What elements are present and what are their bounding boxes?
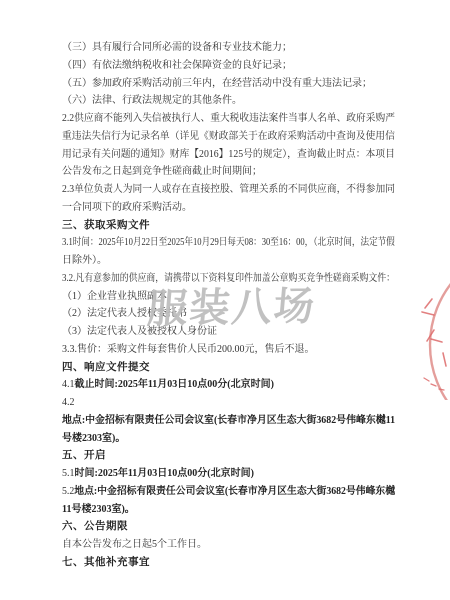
section-heading: 五、开启 (62, 447, 396, 465)
doc-line: （四）有依法缴纳税收和社会保障资金的良好记录； (62, 57, 396, 75)
doc-line: （三）具有履行合同所必需的设备和专业技术能力； (62, 39, 396, 57)
doc-line: 11号楼2303室)。 (62, 501, 396, 519)
doc-line: （1）企业营业执照副本 (62, 288, 396, 306)
doc-line: 3.3.售价：采购文件每套售价人民币200.00元，售后不退。 (62, 341, 396, 359)
doc-line: （2）法定代表人授权委托书 (62, 305, 396, 323)
doc-line: 日除外）。 (62, 252, 396, 270)
red-seal-stamp (388, 268, 450, 400)
doc-line: 5.1时间:2025年11月03日10点00分(北京时间) (62, 465, 396, 483)
doc-line: 自本公告发布之日起5个工作日。 (62, 536, 396, 554)
stamp-character-marks (422, 299, 446, 390)
doc-line: 5.2地点:中金招标有限责任公司会议室(长春市净月区生态大街3682号伟峰东樾 (62, 483, 396, 501)
doc-line: 重违法失信行为记录名单（详见《财政部关于在政府采购活动中查询及使用信 (62, 128, 396, 146)
document-page: （三）具有履行合同所必需的设备和专业技术能力；（四）有依法缴纳税收和社会保障资金… (0, 0, 450, 600)
doc-line: 公告发布之日起到竞争性磋商截止时间期间； (62, 163, 396, 181)
document-body: （三）具有履行合同所必需的设备和专业技术能力；（四）有依法缴纳税收和社会保障资金… (62, 39, 396, 572)
doc-line: （六）法律、行政法规规定的其他条件。 (62, 92, 396, 110)
section-heading: 三、获取采购文件 (62, 217, 396, 235)
doc-line: （五）参加政府采购活动前三年内，在经营活动中没有重大违法记录； (62, 75, 396, 93)
doc-line: 4.1截止时间:2025年11月03日10点00分(北京时间) (62, 376, 396, 394)
doc-line: 地点:中金招标有限责任公司会议室(长春市净月区生态大街3682号伟峰东樾11 (62, 412, 396, 430)
doc-line: 2.2供应商不能列入失信被执行人、重大税收违法案件当事人名单、政府采购严 (62, 110, 396, 128)
doc-line: 2.3单位负责人为同一人或存在直接控股、管理关系的不同供应商，不得参加同 (62, 181, 396, 199)
section-heading: 四、响应文件提交 (62, 359, 396, 377)
doc-line: 用记录有关问题的通知》财库【2016】125号的规定），查询截止时点：本项目 (62, 146, 396, 164)
section-heading: 七、其他补充事宜 (62, 554, 396, 572)
stamp-ring (430, 268, 450, 400)
doc-line: （3）法定代表人及被授权人身份证 (62, 323, 396, 341)
doc-line: 号楼2303室)。 (62, 430, 396, 448)
doc-line: 一合同项下的政府采购活动。 (62, 199, 396, 217)
doc-line: 3.2.凡有意参加的供应商，请携带以下资料复印件加盖公章购买竞争性磋商采购文件： (62, 270, 396, 288)
section-heading: 六、公告期限 (62, 518, 396, 536)
doc-line: 4.2 (62, 394, 396, 412)
doc-line: 3.1时间：2025年10月22日至2025年10月29日每天08：30至16：… (62, 234, 396, 252)
